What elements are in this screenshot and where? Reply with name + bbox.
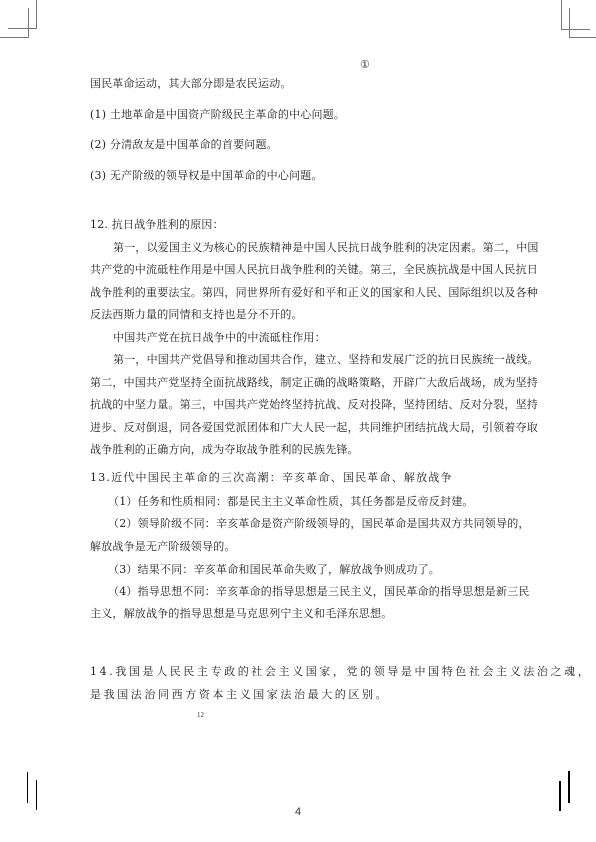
crop-mark-top-right-v1 [561, 0, 562, 29]
paragraph-line: 进步、反对倒退，同各爱国党派团体和广大人民一起，共同维护团结抗战大局，引领着夺取 [90, 421, 538, 435]
paragraph-line: 抗战的中坚力量。第三，中国共产党始终坚持抗战、反对投降，坚持团结、反对分裂，坚持 [90, 398, 538, 412]
paragraph-line: 第二，中国共产党坚持全面抗战路线，制定正确的战略策略，开辟广大敌后战场，成为坚持 [90, 376, 538, 390]
paragraph-line: 第一，中国共产党倡导和推动国共合作，建立、坚持和发展广泛的抗日民族统一战线。 [113, 353, 539, 367]
paragraph-line: 战争胜利的重要法宝。第四，同世界所有爱好和平和正义的国家和人民、国际组织以及各种 [90, 286, 538, 300]
paragraph-line: 第一，以爱国主义为核心的民族精神是中国人民抗日战争胜利的决定因素。第二，中国 [113, 241, 539, 255]
paragraph-line: 主义，解放战争的指导思想是马克思列宁主义和毛泽东思想。 [90, 607, 392, 621]
section-13-heading: 13.近代中国民主革命的三次高潮：辛亥革命、国民革命、解放战争 [90, 471, 453, 485]
crop-mark-top-right-h1 [561, 29, 590, 30]
footnote-ref: 12 [197, 711, 204, 719]
section-14-line: 14.我国是人民民主专政的社会主义国家，党的领导是中国特色社会主义法治之魂， [90, 665, 591, 679]
paragraph-line: （3）结果不同：辛亥革命和国民革命失败了，解放战争则成功了。 [108, 563, 440, 577]
paragraph-line: （1）任务和性质相同：都是民主主义革命性质，其任务都是反帝反封建。 [108, 495, 474, 509]
paragraph-line: （2）领导阶级不同：辛亥革命是资产阶级领导的，国民革命是国共双方共同领导的， [108, 517, 530, 531]
crop-mark-top-left-v2 [28, 8, 29, 38]
continuation-text: 国民革命运动，其大部分即是农民运动。 [90, 77, 292, 91]
list-item: (1) 土地革命是中国资产阶级民主革命的中心问题。 [90, 108, 345, 122]
crop-mark-top-left-h2 [0, 37, 29, 38]
paragraph-line: 解放战争是无产阶级领导的。 [90, 540, 236, 554]
crop-mark-top-right-h2 [569, 37, 596, 38]
crop-mark-top-right-v2 [569, 8, 570, 38]
paragraph-line: 共产党的中流砥柱作用是中国人民抗日战争胜利的关键。第三，全民族抗战是中国人民抗日 [90, 263, 538, 277]
crop-mark-bottom-left-v1 [27, 772, 28, 803]
list-item: (3) 无产阶级的领导权是中国革命的中心问题。 [90, 169, 323, 183]
crop-mark-top-left-h1 [8, 28, 37, 29]
section-12-heading: 12. 抗日战争胜利的原因： [90, 218, 224, 232]
section-12-subheading: 中国共产党在抗日战争中的中流砥柱作用： [113, 331, 326, 345]
page-number: 4 [258, 806, 338, 818]
paragraph-line: （4）指导思想不同：辛亥革命的指导思想是三民主义，国民革命的指导思想是新三民 [108, 585, 530, 599]
crop-mark-top-left-v1 [36, 0, 37, 29]
footnote-marker: ① [360, 58, 370, 71]
list-item: (2) 分清敌友是中国革命的首要问题。 [90, 138, 278, 152]
paragraph-line: 反法西斯力量的同情和支持也是分不开的。 [90, 308, 303, 322]
section-14-line: 是我国法治同西方资本主义国家法治最大的区别。 [90, 688, 389, 702]
crop-mark-bottom-left-v2 [36, 780, 37, 810]
crop-mark-bottom-right-v1 [559, 781, 561, 811]
paragraph-line: 战争胜利的正确方向，成为夺取战争胜利的民族先锋。 [90, 443, 359, 457]
crop-mark-bottom-right-v2 [568, 771, 570, 803]
